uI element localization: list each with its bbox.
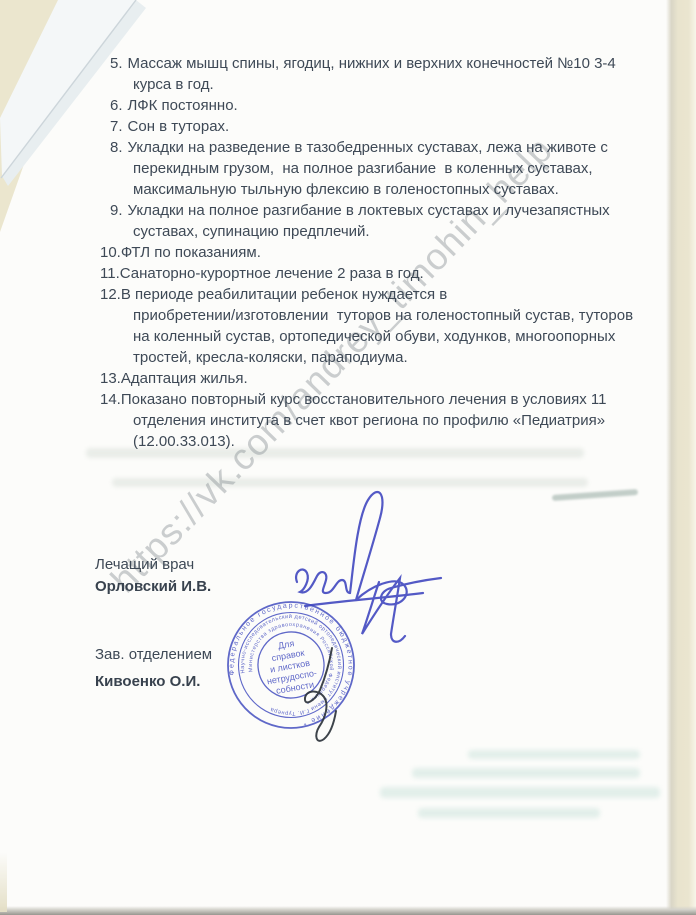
bleed-through-line xyxy=(380,787,660,798)
attending-physician-name: Орловский И.В. xyxy=(95,578,211,595)
bleed-through-line xyxy=(412,768,640,778)
list-item: 14.Показано повторный курс восстановител… xyxy=(100,389,675,452)
list-item: 12.В периоде реабилитации ребенок нуждае… xyxy=(100,284,675,368)
list-item-text: Адаптация жилья. xyxy=(121,370,248,387)
list-item: 8.Укладки на разведение в тазобедренных … xyxy=(100,137,675,200)
list-item: 10.ФТЛ по показаниям. xyxy=(100,242,675,263)
bleed-through-line xyxy=(418,808,600,818)
list-item: 11.Санаторно-курортное лечение 2 раза в … xyxy=(100,263,675,284)
list-item-marker: 11. xyxy=(100,265,120,282)
scanner-edge-bottom-left xyxy=(0,852,7,912)
department-head-label: Зав. отделением xyxy=(95,646,212,663)
list-item-text: Укладки на полное разгибание в локтевых … xyxy=(128,202,610,240)
list-item-text: Санаторно-курортное лечение 2 раза в год… xyxy=(120,265,424,282)
list-item: 9.Укладки на полное разгибание в локтевы… xyxy=(100,200,675,242)
recommendations-list: 5.Массаж мышц спины, ягодиц, нижних и ве… xyxy=(100,53,675,452)
scanned-document-page: https://vk.com/andrey_timohin_help 5.Мас… xyxy=(0,0,696,915)
scanner-edge-bottom xyxy=(0,906,696,915)
scanner-edge-right xyxy=(666,0,696,915)
page-fold-corner xyxy=(0,0,160,250)
bleed-through-line xyxy=(468,750,640,759)
list-item-marker: 14. xyxy=(100,391,121,408)
list-item: 5.Массаж мышц спины, ягодиц, нижних и ве… xyxy=(100,53,675,95)
list-item-text: Укладки на разведение в тазобедренных су… xyxy=(128,139,608,198)
list-item: 6.ЛФК постоянно. xyxy=(100,95,675,116)
department-head-name: Кивоенко О.И. xyxy=(95,673,200,690)
list-item: 7.Сон в туторах. xyxy=(100,116,675,137)
list-item-text: Показано повторный курс восстановительно… xyxy=(121,391,607,450)
list-item-text: Массаж мышц спины, ягодиц, нижних и верх… xyxy=(128,55,616,93)
list-item-marker: 13. xyxy=(100,370,121,387)
second-signature xyxy=(298,645,368,760)
doctor-signature xyxy=(283,482,458,652)
list-item: 13.Адаптация жилья. xyxy=(100,368,675,389)
list-item-text: В периоде реабилитации ребенок нуждается… xyxy=(121,286,633,366)
attending-physician-label: Лечащий врач xyxy=(95,556,194,573)
smudge-mark xyxy=(552,489,638,501)
list-item-marker: 12. xyxy=(100,286,121,303)
